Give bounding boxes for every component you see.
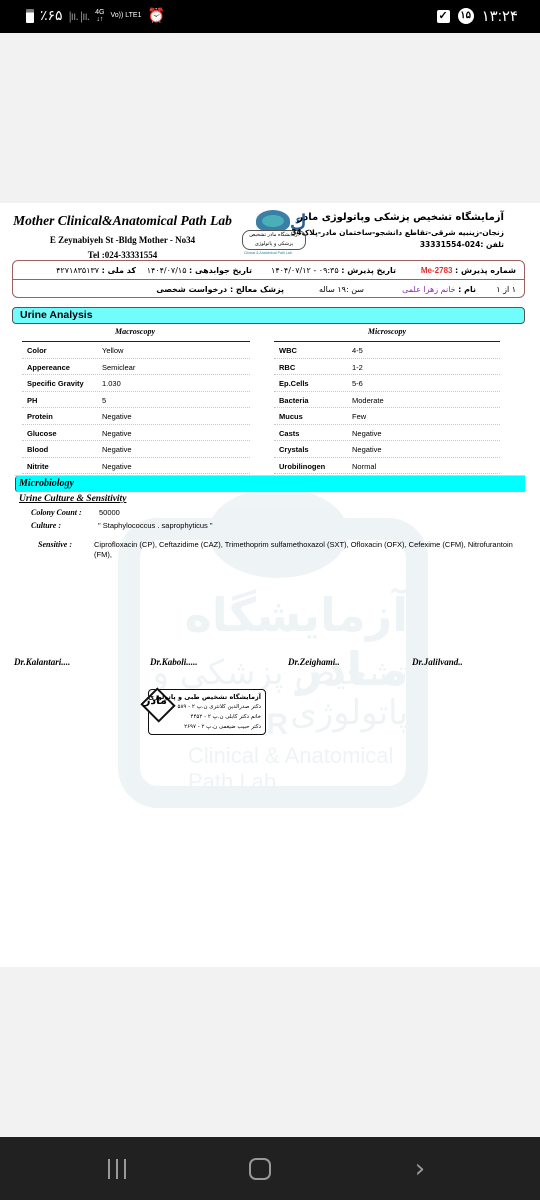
lab-tel-en: Tel :024-33331554: [0, 250, 245, 260]
battery-icon: [26, 9, 34, 23]
table-row: RBC1-2: [274, 359, 500, 376]
patient-age: سن :۱۹ ساله: [319, 285, 364, 294]
culture-value: " Staphylococcus . saprophyticus ": [98, 521, 213, 530]
status-bar: ٪۶۵ |ıı. |ıı. 4G↓↑ Vo)) LTE1 ⏰ ✓ ۱۵ ۱۳:۲…: [0, 0, 540, 33]
microscopy-title: Microscopy: [274, 327, 500, 336]
table-row: Ep.Cells5-6: [274, 375, 500, 392]
doctor-signature: Dr.Kalantari....: [14, 657, 70, 667]
lab-address-en: E Zeynabiyeh St -Bldg Mother - No34: [0, 235, 245, 245]
test-name: Glucose: [27, 429, 57, 438]
test-result: 1-2: [352, 363, 363, 372]
test-result: 4-5: [352, 346, 363, 355]
table-row: NitriteNegative: [22, 458, 250, 475]
document-viewer[interactable]: آزمایشگاه مـادر تشخیص پزشکی و پاتولوژی M…: [0, 33, 540, 1137]
test-name: Nitrite: [27, 462, 49, 471]
doctor-signature: Dr.Kaboli.....: [150, 657, 198, 667]
test-name: RBC: [279, 363, 295, 372]
recents-button[interactable]: [97, 1157, 137, 1181]
test-name: Appereance: [27, 363, 70, 372]
test-result: Negative: [102, 462, 132, 471]
lab-address-fa: زنجان-زینبیه شرقی-تقاطع دانشجو-ساختمان م…: [289, 228, 504, 237]
macroscopy-title: Macroscopy: [22, 327, 248, 336]
table-row: BacteriaModerate: [274, 392, 500, 409]
table-row: Specific Gravity1.030: [22, 375, 250, 392]
table-row: PH5: [22, 392, 250, 409]
page-count: ۱ از ۱: [496, 285, 516, 294]
sensitive-value: Ciprofloxacin (CP), Ceftazidime (CAZ), T…: [94, 540, 514, 559]
test-name: Specific Gravity: [27, 379, 84, 388]
microscopy-table: WBC4-5RBC1-2Ep.Cells5-6BacteriaModerateM…: [274, 342, 500, 474]
test-name: PH: [27, 396, 37, 405]
colony-count-value: 50000: [99, 508, 120, 517]
table-row: ColorYellow: [22, 342, 250, 359]
test-result: Negative: [102, 412, 132, 421]
national-id: کد ملی : ۴۲۷۱۸۳۵۱۳۷: [56, 266, 136, 275]
clock: ۱۳:۲۴: [482, 7, 518, 25]
test-name: Casts: [279, 429, 299, 438]
test-name: Urobilinogen: [279, 462, 325, 471]
test-name: Crystals: [279, 445, 309, 454]
lab-header-fa: آزمایشگاه تشخیص پزشکی وپاتولوژی مادر زنج…: [289, 212, 504, 249]
navigation-bar: ›: [0, 1137, 540, 1200]
test-name: Color: [27, 346, 47, 355]
notification-count: ۱۵: [458, 8, 474, 24]
test-result: Moderate: [352, 396, 384, 405]
checkbox-notification-icon: ✓: [437, 10, 450, 23]
table-row: ProteinNegative: [22, 408, 250, 425]
table-row: CastsNegative: [274, 425, 500, 442]
test-name: Mucus: [279, 412, 303, 421]
lab-name-fa: آزمایشگاه تشخیص پزشکی وپاتولوژی مادر: [289, 212, 504, 223]
test-result: Negative: [352, 445, 382, 454]
test-name: Protein: [27, 412, 53, 421]
admission-date: تاریخ پذیرش : ۰۹:۳۵ - ۱۴۰۴/۰۷/۱۲: [271, 266, 396, 275]
test-name: Bacteria: [279, 396, 309, 405]
table-row: UrobilinogenNormal: [274, 458, 500, 475]
home-icon: [249, 1158, 271, 1180]
battery-level: ٪۶۵: [40, 7, 63, 24]
test-result: Few: [352, 412, 366, 421]
lab-header-en: Mother Clinical&Anatomical Path Lab E Ze…: [0, 213, 245, 260]
doctor-signature: Dr.Jalilvand..: [412, 657, 463, 667]
lab-name-en: Mother Clinical&Anatomical Path Lab: [0, 213, 245, 229]
alarm-clock-icon: ⏰: [147, 7, 164, 24]
recents-icon: [105, 1159, 129, 1179]
signal-icon: |ıı. |ıı.: [69, 9, 90, 23]
lab-stamp: مادر آزمایشگاه تشخیص طبی و پاتولوژی دکتر…: [148, 689, 266, 735]
test-name: Blood: [27, 445, 48, 454]
report-date: تاریخ جوابدهی : ۱۴۰۴/۰۷/۱۵: [147, 266, 252, 275]
test-name: Ep.Cells: [279, 379, 309, 388]
back-button[interactable]: ›: [400, 1157, 440, 1181]
table-row: BloodNegative: [22, 441, 250, 458]
test-result: Negative: [102, 429, 132, 438]
urine-culture-title: Urine Culture & Sensitivity: [19, 494, 126, 504]
network-type: 4G↓↑: [95, 9, 104, 23]
test-result: 5-6: [352, 379, 363, 388]
test-name: WBC: [279, 346, 297, 355]
microbiology-header: Microbiology: [15, 476, 525, 492]
test-result: Normal: [352, 462, 376, 471]
macroscopy-table: ColorYellowAppereanceSemiclearSpecific G…: [22, 342, 250, 474]
back-icon: ›: [415, 1154, 425, 1184]
test-result: Semiclear: [102, 363, 135, 372]
test-result: Negative: [102, 445, 132, 454]
table-row: WBC4-5: [274, 342, 500, 359]
table-row: AppereanceSemiclear: [22, 359, 250, 376]
volte-indicator: Vo)) LTE1: [110, 12, 141, 19]
lab-report-page: آزمایشگاه مـادر تشخیص پزشکی و پاتولوژی M…: [0, 203, 540, 967]
lab-tel-fa: تلفن :024-33331554: [289, 240, 504, 249]
doctor-signature: Dr.Zeighami..: [288, 657, 340, 667]
table-row: MucusFew: [274, 408, 500, 425]
test-result: Negative: [352, 429, 382, 438]
patient-name: نام : خانم زهرا علمی: [402, 285, 476, 294]
home-button[interactable]: [240, 1157, 280, 1181]
test-result: Yellow: [102, 346, 123, 355]
test-result: 5: [102, 396, 106, 405]
table-row: GlucoseNegative: [22, 425, 250, 442]
physician: پزشک معالج : درخواست شخصی: [156, 285, 284, 294]
patient-info-box: شماره پذیرش : Me-2783 تاریخ پذیرش : ۰۹:۳…: [12, 260, 525, 298]
reception-number: شماره پذیرش : Me-2783: [421, 266, 516, 275]
test-result: 1.030: [102, 379, 121, 388]
urine-analysis-header: Urine Analysis: [12, 307, 525, 324]
table-row: CrystalsNegative: [274, 441, 500, 458]
